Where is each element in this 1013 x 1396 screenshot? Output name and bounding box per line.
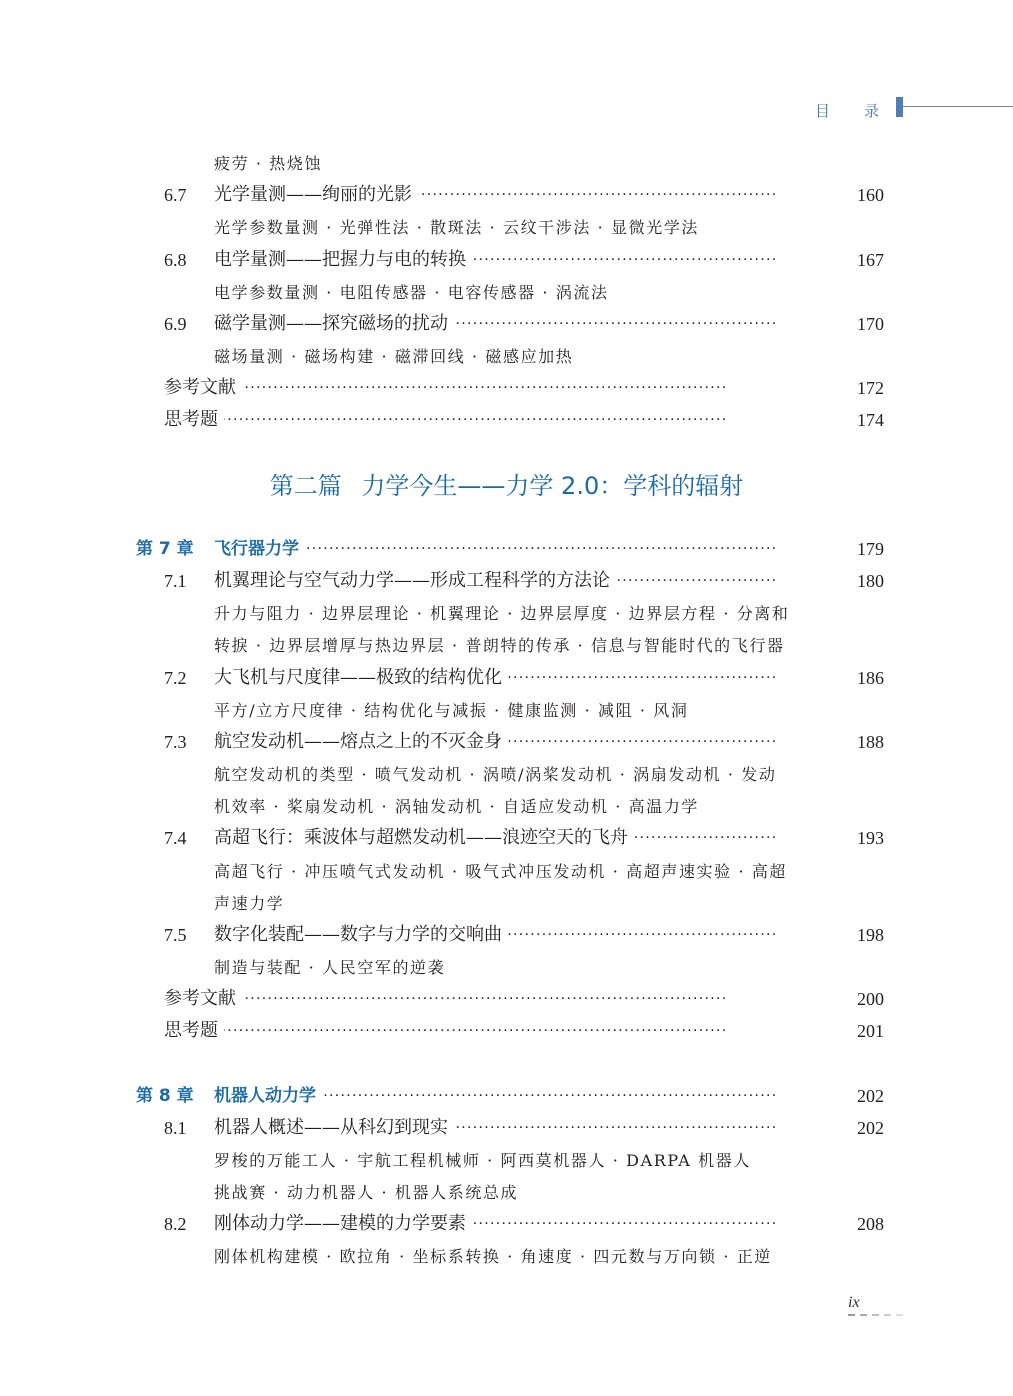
dot-leader: ········································… <box>164 373 837 403</box>
toc-entry-title[interactable]: 磁学量测——探究磁场的扰动 <box>214 309 454 339</box>
toc-entry-section[interactable]: 7.1机翼理论与空气动力学——形成工程科学的方法论···············… <box>0 566 1013 596</box>
header-label-mu: 目 <box>815 100 830 121</box>
toc-entry-section[interactable]: 7.2大飞机与尺度律——极致的结构优化·····················… <box>0 663 1013 693</box>
toc-keywords: 挑战赛 · 动力机器人 · 机器人系统总成 <box>214 1177 854 1209</box>
toc-entry-section[interactable]: 6.9磁学量测——探究磁场的扰动························… <box>0 309 1013 339</box>
toc-entry-page: 198 <box>838 920 884 950</box>
toc-entry-title[interactable]: 机翼理论与空气动力学——形成工程科学的方法论 <box>214 566 616 596</box>
toc-entry-ref[interactable]: 参考文献····································… <box>0 984 1013 1014</box>
toc-keywords: 航空发动机的类型 · 喷气发动机 · 涡喷/涡桨发动机 · 涡扇发动机 · 发动 <box>214 759 854 791</box>
toc-keywords: 转捩 · 边界层增厚与热边界层 · 普朗特的传承 · 信息与智能时代的飞行器 <box>214 630 854 662</box>
toc-entry-number: 8.2 <box>164 1209 206 1239</box>
toc-entry-page: 186 <box>838 663 884 693</box>
toc-entry-section[interactable]: 7.5数字化装配——数字与力学的交响曲·····················… <box>0 920 1013 950</box>
toc-entry-title[interactable]: 思考题 <box>164 1016 224 1046</box>
toc-keywords: 平方/立方尺度律 · 结构优化与减振 · 健康监测 · 减阻 · 风洞 <box>214 695 854 727</box>
toc-entry-number: 第 8 章 <box>136 1081 206 1111</box>
toc-keywords: 疲劳 · 热烧蚀 <box>214 148 854 180</box>
toc-entry-title[interactable]: 数字化装配——数字与力学的交响曲 <box>214 920 508 950</box>
toc-keywords: 制造与装配 · 人民空军的逆袭 <box>214 952 854 984</box>
toc-entry-section[interactable]: 8.2刚体动力学——建模的力学要素·······················… <box>0 1209 1013 1239</box>
toc-entry-page: 160 <box>838 180 884 210</box>
dot-leader: ········································… <box>164 1016 837 1046</box>
running-header: 目 录 <box>0 96 1013 122</box>
toc-entry-section[interactable]: 6.8电学量测——把握力与电的转换·······················… <box>0 245 1013 275</box>
toc-entry-page: 180 <box>838 566 884 596</box>
toc-keywords: 升力与阻力 · 边界层理论 · 机翼理论 · 边界层厚度 · 边界层方程 · 分… <box>214 598 854 630</box>
toc-entry-number: 6.7 <box>164 180 206 210</box>
toc-keywords: 罗梭的万能工人 · 宇航工程机械师 · 阿西莫机器人 · DARPA 机器人 <box>214 1145 854 1177</box>
toc-entry-number: 6.9 <box>164 309 206 339</box>
toc-entry-title[interactable]: 机器人动力学 <box>214 1081 322 1111</box>
toc-keywords: 光学参数量测 · 光弹性法 · 散斑法 · 云纹干涉法 · 显微光学法 <box>214 212 854 244</box>
toc-entry-title[interactable]: 航空发动机——熔点之上的不灭金身 <box>214 727 508 757</box>
header-rule <box>903 106 1013 107</box>
toc-entry-title[interactable]: 刚体动力学——建模的力学要素 <box>214 1209 472 1239</box>
toc-entry-ref[interactable]: 参考文献····································… <box>0 373 1013 403</box>
toc-entry-chapter[interactable]: 第 8 章机器人动力学·····························… <box>0 1081 1013 1111</box>
part-heading: 第二篇 力学今生——力学 2.0：学科的辐射 <box>0 466 1013 501</box>
toc-entry-number: 7.2 <box>164 663 206 693</box>
toc-keywords: 高超飞行 · 冲压喷气式发动机 · 吸气式冲压发动机 · 高超声速实验 · 高超 <box>214 856 854 888</box>
page-footer: ix <box>848 1294 903 1316</box>
toc-keywords: 电学参数量测 · 电阻传感器 · 电容传感器 · 涡流法 <box>214 277 854 309</box>
toc-entry-page: 202 <box>838 1081 884 1111</box>
part-label: 第二篇 <box>270 472 342 500</box>
toc-entry-title[interactable]: 大飞机与尺度律——极致的结构优化 <box>214 663 508 693</box>
toc-entry-title[interactable]: 高超飞行：乘波体与超燃发动机——浪迹空天的飞舟 <box>214 823 634 853</box>
header-label-lu: 录 <box>864 100 879 121</box>
toc-entry-page: 174 <box>838 405 884 435</box>
toc-entry-title[interactable]: 电学量测——把握力与电的转换 <box>214 245 472 275</box>
toc-keywords: 声速力学 <box>214 888 854 920</box>
toc-entry-page: 193 <box>838 823 884 853</box>
toc-keywords: 磁场量测 · 磁场构建 · 磁滞回线 · 磁感应加热 <box>214 341 854 373</box>
toc-keywords: 机效率 · 桨扇发动机 · 涡轴发动机 · 自适应发动机 · 高温力学 <box>214 791 854 823</box>
toc-entry-number: 7.4 <box>164 823 206 853</box>
toc-entry-page: 208 <box>838 1209 884 1239</box>
dot-leader: ········································… <box>164 984 837 1014</box>
dot-leader: ········································… <box>164 405 837 435</box>
toc-entry-section[interactable]: 8.1机器人概述——从科幻到现实························… <box>0 1113 1013 1143</box>
toc-entry-section[interactable]: 6.7光学量测——绚丽的光影··························… <box>0 180 1013 210</box>
toc-entry-page: 201 <box>838 1016 884 1046</box>
toc-entry-page: 188 <box>838 727 884 757</box>
toc-entry-ref[interactable]: 思考题·····································… <box>0 405 1013 435</box>
toc-entry-ref[interactable]: 思考题·····································… <box>0 1016 1013 1046</box>
toc-entry-number: 7.3 <box>164 727 206 757</box>
toc-entry-page: 202 <box>838 1113 884 1143</box>
toc-entry-number: 7.1 <box>164 566 206 596</box>
part-title-text: 力学今生——力学 2.0：学科的辐射 <box>361 472 743 500</box>
toc-entry-title[interactable]: 参考文献 <box>164 373 242 403</box>
toc-entry-number: 第 7 章 <box>136 534 206 564</box>
toc-entry-title[interactable]: 参考文献 <box>164 984 242 1014</box>
toc-entry-page: 172 <box>838 373 884 403</box>
toc-entry-chapter[interactable]: 第 7 章飞行器力学······························… <box>0 534 1013 564</box>
page-number: ix <box>848 1294 903 1312</box>
footer-dash-ornament <box>848 1314 903 1316</box>
toc-entry-title[interactable]: 思考题 <box>164 405 224 435</box>
toc-entry-page: 179 <box>838 534 884 564</box>
toc-entry-title[interactable]: 光学量测——绚丽的光影 <box>214 180 418 210</box>
toc-entry-page: 167 <box>838 245 884 275</box>
toc-entry-number: 7.5 <box>164 920 206 950</box>
toc-entry-section[interactable]: 7.3航空发动机——熔点之上的不灭金身·····················… <box>0 727 1013 757</box>
header-accent-bar <box>896 97 903 117</box>
toc-entry-number: 6.8 <box>164 245 206 275</box>
toc-entry-title[interactable]: 飞行器力学 <box>214 534 305 564</box>
toc-keywords: 刚体机构建模 · 欧拉角 · 坐标系转换 · 角速度 · 四元数与万向锁 · 正… <box>214 1241 854 1273</box>
toc-entry-section[interactable]: 7.4高超飞行：乘波体与超燃发动机——浪迹空天的飞舟··············… <box>0 823 1013 853</box>
toc-entry-number: 8.1 <box>164 1113 206 1143</box>
toc-entry-page: 170 <box>838 309 884 339</box>
toc-entry-page: 200 <box>838 984 884 1014</box>
dot-leader: ········································… <box>214 534 837 564</box>
toc-entry-title[interactable]: 机器人概述——从科幻到现实 <box>214 1113 454 1143</box>
